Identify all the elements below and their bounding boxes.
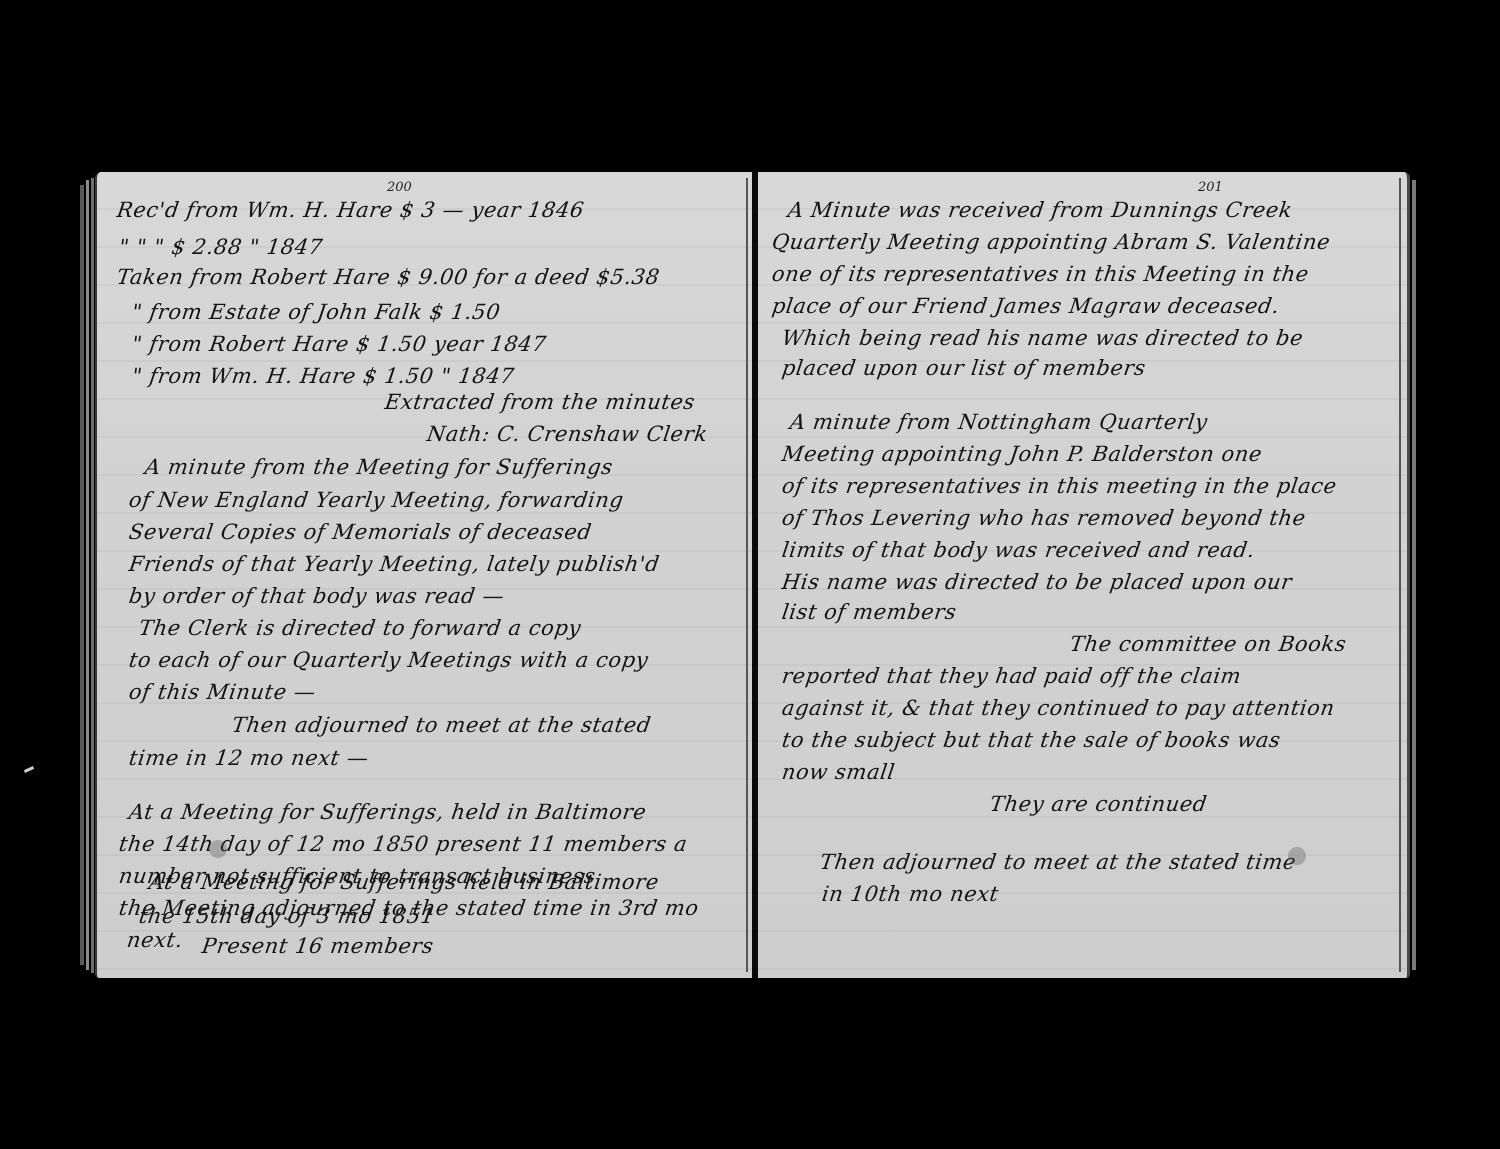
page-margin-rule (1399, 178, 1401, 972)
handwritten-line: His name was directed to be placed upon … (781, 572, 1294, 593)
handwritten-line: Friends of that Yearly Meeting, lately p… (128, 554, 661, 575)
handwritten-line: list of members (781, 602, 958, 623)
handwritten-line: Rec'd from Wm. H. Hare $ 3 — year 1846 (116, 200, 586, 221)
handwritten-line: in 10th mo next (821, 884, 1001, 905)
handwritten-line: At a Meeting for Sufferings, held in Bal… (128, 802, 648, 823)
handwritten-line: against it, & that they continued to pay… (781, 698, 1337, 719)
handwritten-line: of its representatives in this meeting i… (781, 476, 1339, 497)
handwritten-line: the 15th day of 3 mo 1851 (138, 906, 437, 927)
handwritten-line: one of its representatives in this Meeti… (771, 264, 1311, 285)
handwritten-line: the 14th day of 12 mo 1850 present 11 me… (118, 834, 689, 855)
handwritten-line: Several Copies of Memorials of deceased (128, 522, 593, 543)
handwritten-line: of New England Yearly Meeting, forwardin… (128, 490, 625, 511)
handwritten-line: " from Robert Hare $ 1.50 year 1847 (131, 334, 548, 355)
handwritten-line: placed upon our list of members (781, 358, 1148, 379)
handwritten-line: next. (126, 930, 185, 951)
handwritten-line: Then adjourned to meet at the stated (231, 715, 653, 736)
handwritten-line: Quarterly Meeting appointing Abram S. Va… (771, 232, 1332, 253)
handwritten-line: Then adjourned to meet at the stated tim… (819, 852, 1298, 873)
handwritten-line: to each of our Quarterly Meetings with a… (128, 650, 650, 671)
page-stack-edge (80, 185, 84, 965)
handwritten-line: limits of that body was received and rea… (781, 540, 1257, 561)
page-stack-edge (1412, 180, 1416, 970)
handwritten-line: Taken from Robert Hare $ 9.00 for a deed… (116, 267, 662, 288)
right-page: 201 A Minute was received from Dunnings … (758, 172, 1410, 978)
handwritten-line: Meeting appointing John P. Balderston on… (781, 444, 1264, 465)
handwritten-line: " from Estate of John Falk $ 1.50 (131, 302, 502, 323)
handwritten-line: At a Meeting for Sufferings held in Balt… (148, 872, 661, 893)
handwritten-line: A minute from Nottingham Quarterly (789, 412, 1209, 433)
handwritten-line: of Thos Levering who has removed beyond … (781, 508, 1308, 529)
page-number: 200 (387, 180, 412, 195)
handwritten-line: They are continued (989, 794, 1209, 815)
handwritten-line: to the subject but that the sale of book… (781, 730, 1282, 751)
handwritten-line: Extracted from the minutes (384, 392, 697, 413)
handwritten-line: time in 12 mo next — (128, 748, 371, 769)
handwritten-line: The Clerk is directed to forward a copy (138, 618, 583, 639)
handwritten-line: The committee on Books (1069, 634, 1348, 655)
page-stack-edge (91, 178, 94, 973)
handwritten-line: of this Minute — (128, 682, 318, 703)
handwritten-line: now small (781, 762, 897, 783)
handwritten-line: " from Wm. H. Hare $ 1.50 " 1847 (131, 366, 516, 387)
handwritten-line: " " " $ 2.88 " 1847 (118, 237, 325, 258)
page-number: 201 (1198, 180, 1223, 195)
handwritten-line: Which being read his name was directed t… (781, 328, 1305, 349)
handwritten-line: reported that they had paid off the clai… (781, 666, 1243, 687)
page-stack-edge (86, 180, 89, 970)
handwritten-line: by order of that body was read — (128, 586, 506, 607)
page-margin-rule (746, 178, 748, 972)
ink-smudge (209, 840, 227, 858)
left-page: 200 Rec'd from Wm. H. Hare $ 3 — year 18… (95, 172, 752, 978)
handwritten-line: A minute from the Meeting for Sufferings (144, 457, 615, 478)
ink-smudge (1288, 847, 1306, 865)
handwritten-line: A Minute was received from Dunnings Cree… (787, 200, 1294, 221)
handwritten-line: Nath: C. Crenshaw Clerk (426, 424, 710, 445)
handwritten-line: Present 16 members (201, 936, 436, 957)
handwritten-line: place of our Friend James Magraw decease… (771, 296, 1281, 317)
